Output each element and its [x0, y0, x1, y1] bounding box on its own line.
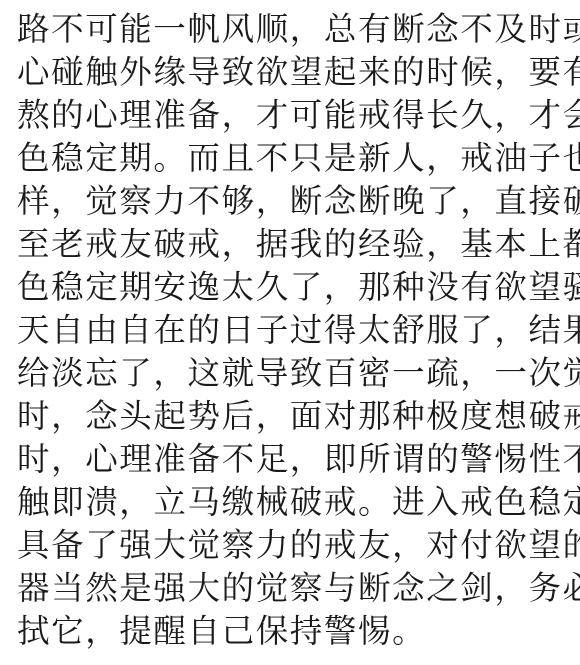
text-line: 具备了强大觉察力的戒友，对付欲望的最佳武: [17, 524, 577, 567]
text-line: 触即溃，立马缴械破戒。进入戒色稳定期后，: [17, 481, 577, 524]
text-line: 时，心理准备不足，即所谓的警惕性不够，一: [17, 438, 577, 481]
text-line: 至老戒友破戒，据我的经验，基本上都是在戒: [17, 223, 577, 266]
text-line: 时，念头起势后，面对那种极度想破戒的痛苦: [17, 395, 577, 438]
text-line: 色稳定期。而且不只是新人，戒油子也是这: [17, 137, 577, 180]
document-page: 路不可能一帆风顺，总有断念不及时或者不小 心碰触外缘导致欲望起来的时候，要有忍受…: [0, 0, 580, 665]
text-line: 拭它，提醒自己保持警惕。: [17, 610, 577, 653]
text-line: 样，觉察力不够，断念断晚了，直接破戒。甚: [17, 180, 577, 223]
paragraph: 路不可能一帆风顺，总有断念不及时或者不小 心碰触外缘导致欲望起来的时候，要有忍受…: [17, 8, 577, 653]
text-line: 天自由自在的日子过得太舒服了，结果把危险: [17, 309, 577, 352]
text-line: 给淡忘了，这就导致百密一疏，一次觉察不及: [17, 352, 577, 395]
text-line: 熬的心理准备，才可能戒得长久，才会进入戒: [17, 94, 577, 137]
text-line: 器当然是强大的觉察与断念之剑，务必时常擦: [17, 567, 577, 610]
text-line: 色稳定期安逸太久了，那种没有欲望骚扰、每: [17, 266, 577, 309]
text-line: 路不可能一帆风顺，总有断念不及时或者不小: [17, 8, 577, 51]
text-line: 心碰触外缘导致欲望起来的时候，要有忍受煎: [17, 51, 577, 94]
